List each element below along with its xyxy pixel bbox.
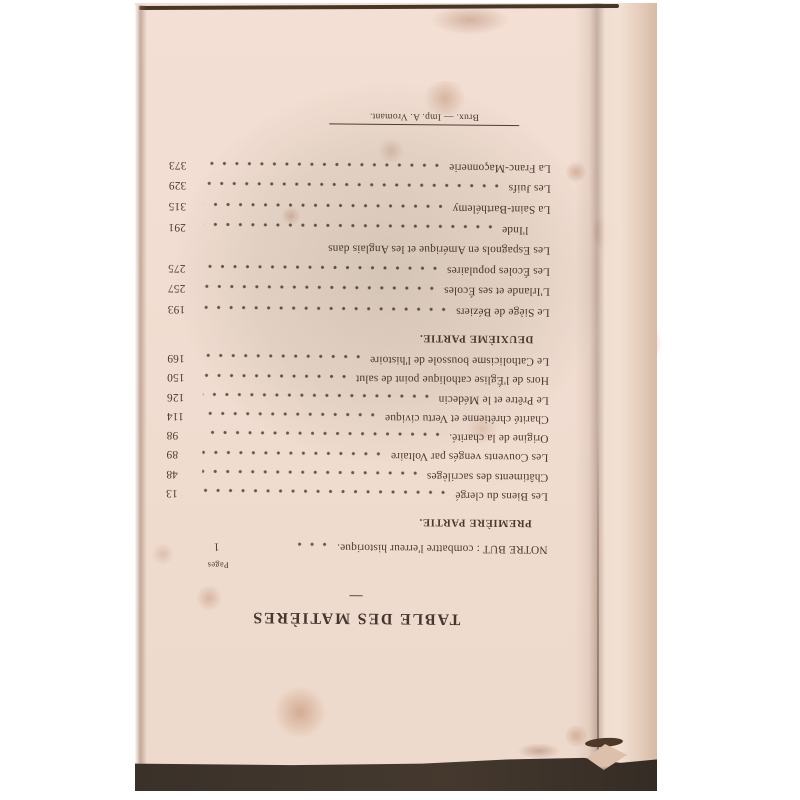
part-heading-premiere: PREMIÈRE PARTIE. <box>166 514 532 529</box>
toc-leader-dots <box>204 200 442 214</box>
toc-entry: La Saint-Barthélemy315 <box>168 195 550 219</box>
toc-entry-label: Le Siège de Béziers <box>456 301 550 322</box>
toc-page-number: 13 <box>166 483 200 503</box>
page-gutter-shadow <box>575 3 657 791</box>
toc-section: Le Siège de Béziers193L'Irlande et ses É… <box>168 154 551 322</box>
toc-entry-label: Les Biens du clergé <box>455 485 548 505</box>
toc-entry-label: Les Espagnols en Amérique et les Anglais… <box>328 238 550 261</box>
toc-entry: NOTRE BUT : combattre l'erreur historiqu… <box>165 536 547 558</box>
toc-entry: Hors de l'Église catholique point de sal… <box>167 367 549 390</box>
toc-entry: Le Prêtre et le Médecin126 <box>167 386 549 409</box>
title-dash: — <box>165 587 547 606</box>
toc-entry: Les Espagnols en Amérique et les Anglais… <box>168 237 550 261</box>
toc-entry-label: NOTRE BUT : combattre l'erreur historiqu… <box>337 537 548 558</box>
printer-imprint: Brux. — Imp. A. Vromant. <box>329 110 519 126</box>
toc-entry: Châtiments des sacrilèges48 <box>166 463 548 486</box>
toc-page-number: 150 <box>167 367 201 387</box>
toc-page-number: 193 <box>168 298 202 319</box>
page-title: TABLE DES MATIÈRES <box>165 607 547 628</box>
toc-entry-label: La Saint-Barthélemy <box>452 198 550 219</box>
toc-entry: Les Couvents vengés par Voltaire89 <box>166 444 548 467</box>
toc-page-number: 373 <box>169 154 203 175</box>
toc-page-number: 315 <box>168 195 202 216</box>
toc-entry-label: L'Irlande et ses Écoles <box>444 280 550 302</box>
toc-page-number: 1 <box>165 536 295 556</box>
gutter-crease-line <box>597 423 599 763</box>
toc-leader-dots <box>204 262 437 276</box>
toc-page-number: 114 <box>167 406 201 426</box>
toc-leader-dots <box>202 448 381 462</box>
toc-page-number: 98 <box>166 425 200 445</box>
toc-leader-dots <box>203 352 360 365</box>
toc-entry: La Franc-Maçonnerie373 <box>169 154 551 178</box>
toc-leader-dots <box>203 409 375 423</box>
toc-entry: Le Siège de Béziers193 <box>168 298 550 322</box>
toc-section: NOTRE BUT : combattre l'erreur historiqu… <box>165 536 547 558</box>
toc-entry-label: Le Catholicisme boussole de l'histoire <box>370 349 549 370</box>
toc-entry: Le Catholicisme boussole de l'histoire16… <box>167 348 549 371</box>
toc-entry: Origine de la charité.98 <box>166 425 548 448</box>
toc-entry-label: Châtiments des sacrilèges <box>427 466 549 486</box>
toc-leader-dots <box>202 467 417 481</box>
toc-entry-label: La Franc-Maçonnerie <box>449 157 551 178</box>
toc-page-number: 291 <box>168 216 202 237</box>
toc-leader-dots <box>204 282 434 296</box>
toc-entry-label: Charité chrétienne et Vertu civique <box>385 407 549 428</box>
toc-entry: Charité chrétienne et Vertu civique114 <box>167 406 549 429</box>
toc-leader-dots <box>204 303 446 317</box>
toc-entry-label: Les Juifs <box>508 178 550 199</box>
toc-entry: Les Biens du clergé13 <box>166 483 548 506</box>
toc-entry: l'Inde291 <box>168 216 550 240</box>
toc-leader-dots <box>298 541 328 553</box>
toc-entry-label: Les Couvents vengés par Voltaire <box>391 446 549 467</box>
toc-page-number: 275 <box>168 257 202 278</box>
toc-page-number: 89 <box>166 444 200 464</box>
toc-entry: Les Écoles populaires275 <box>168 257 550 281</box>
toc-page-number: 169 <box>167 348 201 368</box>
toc-leader-dots <box>202 487 445 501</box>
toc-page-number: 126 <box>167 386 201 406</box>
toc-section: Les Biens du clergé13Châtiments des sacr… <box>166 348 549 506</box>
part-heading-deuxieme: DEUXIÈME PARTIE. <box>167 330 533 345</box>
toc-entry-label: l'Inde <box>502 219 529 240</box>
toc-entry-label: Les Écoles populaires <box>447 260 550 281</box>
toc-entry-label: Le Prêtre et le Médecin <box>438 389 549 409</box>
toc-leader-dots <box>204 221 492 236</box>
toc-entry-label: Hors de l'Église catholique point de sal… <box>356 369 549 390</box>
toc-leader-dots <box>202 429 439 443</box>
toc-entry: L'Irlande et ses Écoles257 <box>168 278 550 302</box>
toc-leader-dots <box>205 179 499 194</box>
page-left-edge <box>135 5 147 765</box>
toc-page-number: 329 <box>169 175 203 196</box>
toc-page-number: 257 <box>168 278 202 299</box>
toc-leader-dots <box>205 159 439 173</box>
toc-page-number: 48 <box>166 463 200 483</box>
pages-column-header: Pages <box>165 560 547 573</box>
toc-leader-dots <box>203 390 429 404</box>
toc-leader-dots <box>203 371 346 384</box>
toc-entry-label: Origine de la charité. <box>449 427 549 447</box>
toc-entry: Les Juifs329 <box>169 175 551 199</box>
scanned-book-page-photo: TABLE DES MATIÈRES — Pages NOTRE BUT : c… <box>135 3 657 791</box>
